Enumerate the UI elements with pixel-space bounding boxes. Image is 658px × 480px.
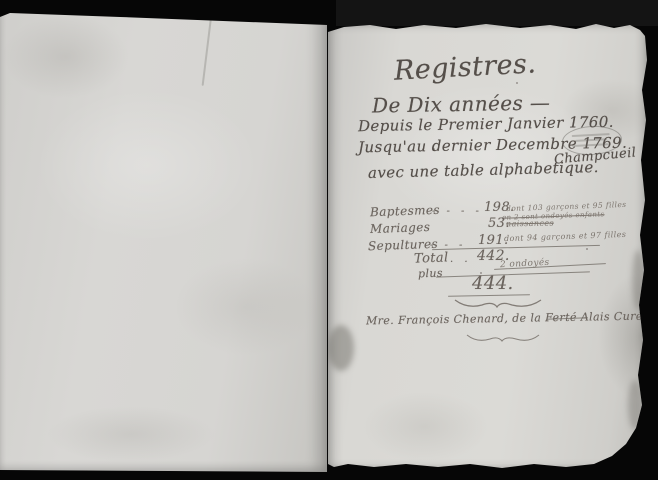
flourish-brace [464, 332, 542, 344]
speck [586, 248, 588, 250]
stain [628, 380, 642, 430]
baptisms-dots: - - - - [432, 206, 479, 217]
marriages-label: Mariages [370, 220, 431, 236]
marriages-note-struck: naissances [506, 219, 554, 229]
page-crease [202, 14, 213, 86]
right-title-page: Registres. De Dix années — Depuis le Pre… [328, 20, 650, 472]
speck [432, 148, 435, 151]
flourish-brace [452, 297, 544, 310]
table-line: avec une table alphabetique. [368, 158, 599, 182]
total-label: Total [414, 250, 449, 266]
footer-note: Mre. François Chenard, de la Ferté Alais… [366, 310, 643, 328]
speck [516, 82, 518, 84]
register-title: Registres. [393, 48, 537, 86]
stamp-line [575, 138, 607, 142]
speck [480, 272, 482, 274]
scanned-register-photo: Registres. De Dix années — Depuis le Pre… [0, 0, 658, 480]
stamp-line [572, 133, 610, 137]
stain [632, 250, 644, 310]
scan-background [336, 0, 658, 26]
plus-label: plus [418, 267, 443, 281]
burials-note: dont 94 garçons et 97 filles [504, 230, 627, 243]
stamp-line [572, 143, 608, 147]
baptisms-label: Baptesmes [370, 203, 440, 219]
left-blank-page [0, 0, 327, 472]
stain [328, 325, 354, 371]
grand-total-value: 444. [472, 273, 514, 294]
total-dots: . . [450, 254, 468, 265]
